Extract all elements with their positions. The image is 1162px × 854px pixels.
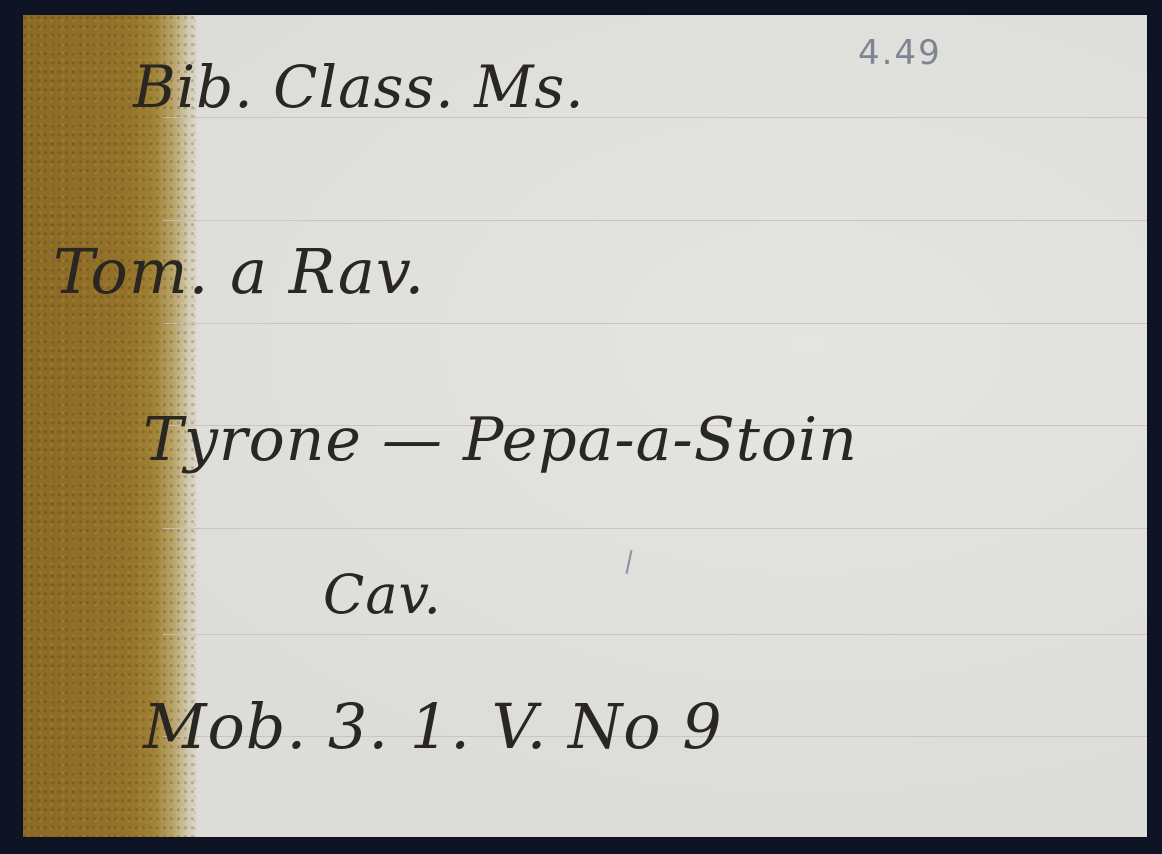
handwritten-line-5: Mob. 3. 1. V. No 9 (143, 690, 723, 763)
pencil-shelf-number: 4.49 (858, 33, 942, 73)
stray-pencil-mark (626, 550, 633, 574)
ruled-line (163, 528, 1147, 529)
index-card: 4.49 Bib. Class. Ms. Tom. a Rav. Tyrone … (23, 15, 1147, 837)
handwritten-line-2: Tom. a Rav. (53, 235, 425, 308)
ruled-line (163, 323, 1147, 324)
ruled-line (163, 220, 1147, 221)
ruled-line (163, 634, 1147, 635)
handwritten-line-4: Cav. (323, 563, 442, 626)
handwritten-line-1: Bib. Class. Ms. (133, 53, 585, 121)
handwritten-line-3: Tyrone — Pepa-a-Stoin (143, 405, 858, 475)
